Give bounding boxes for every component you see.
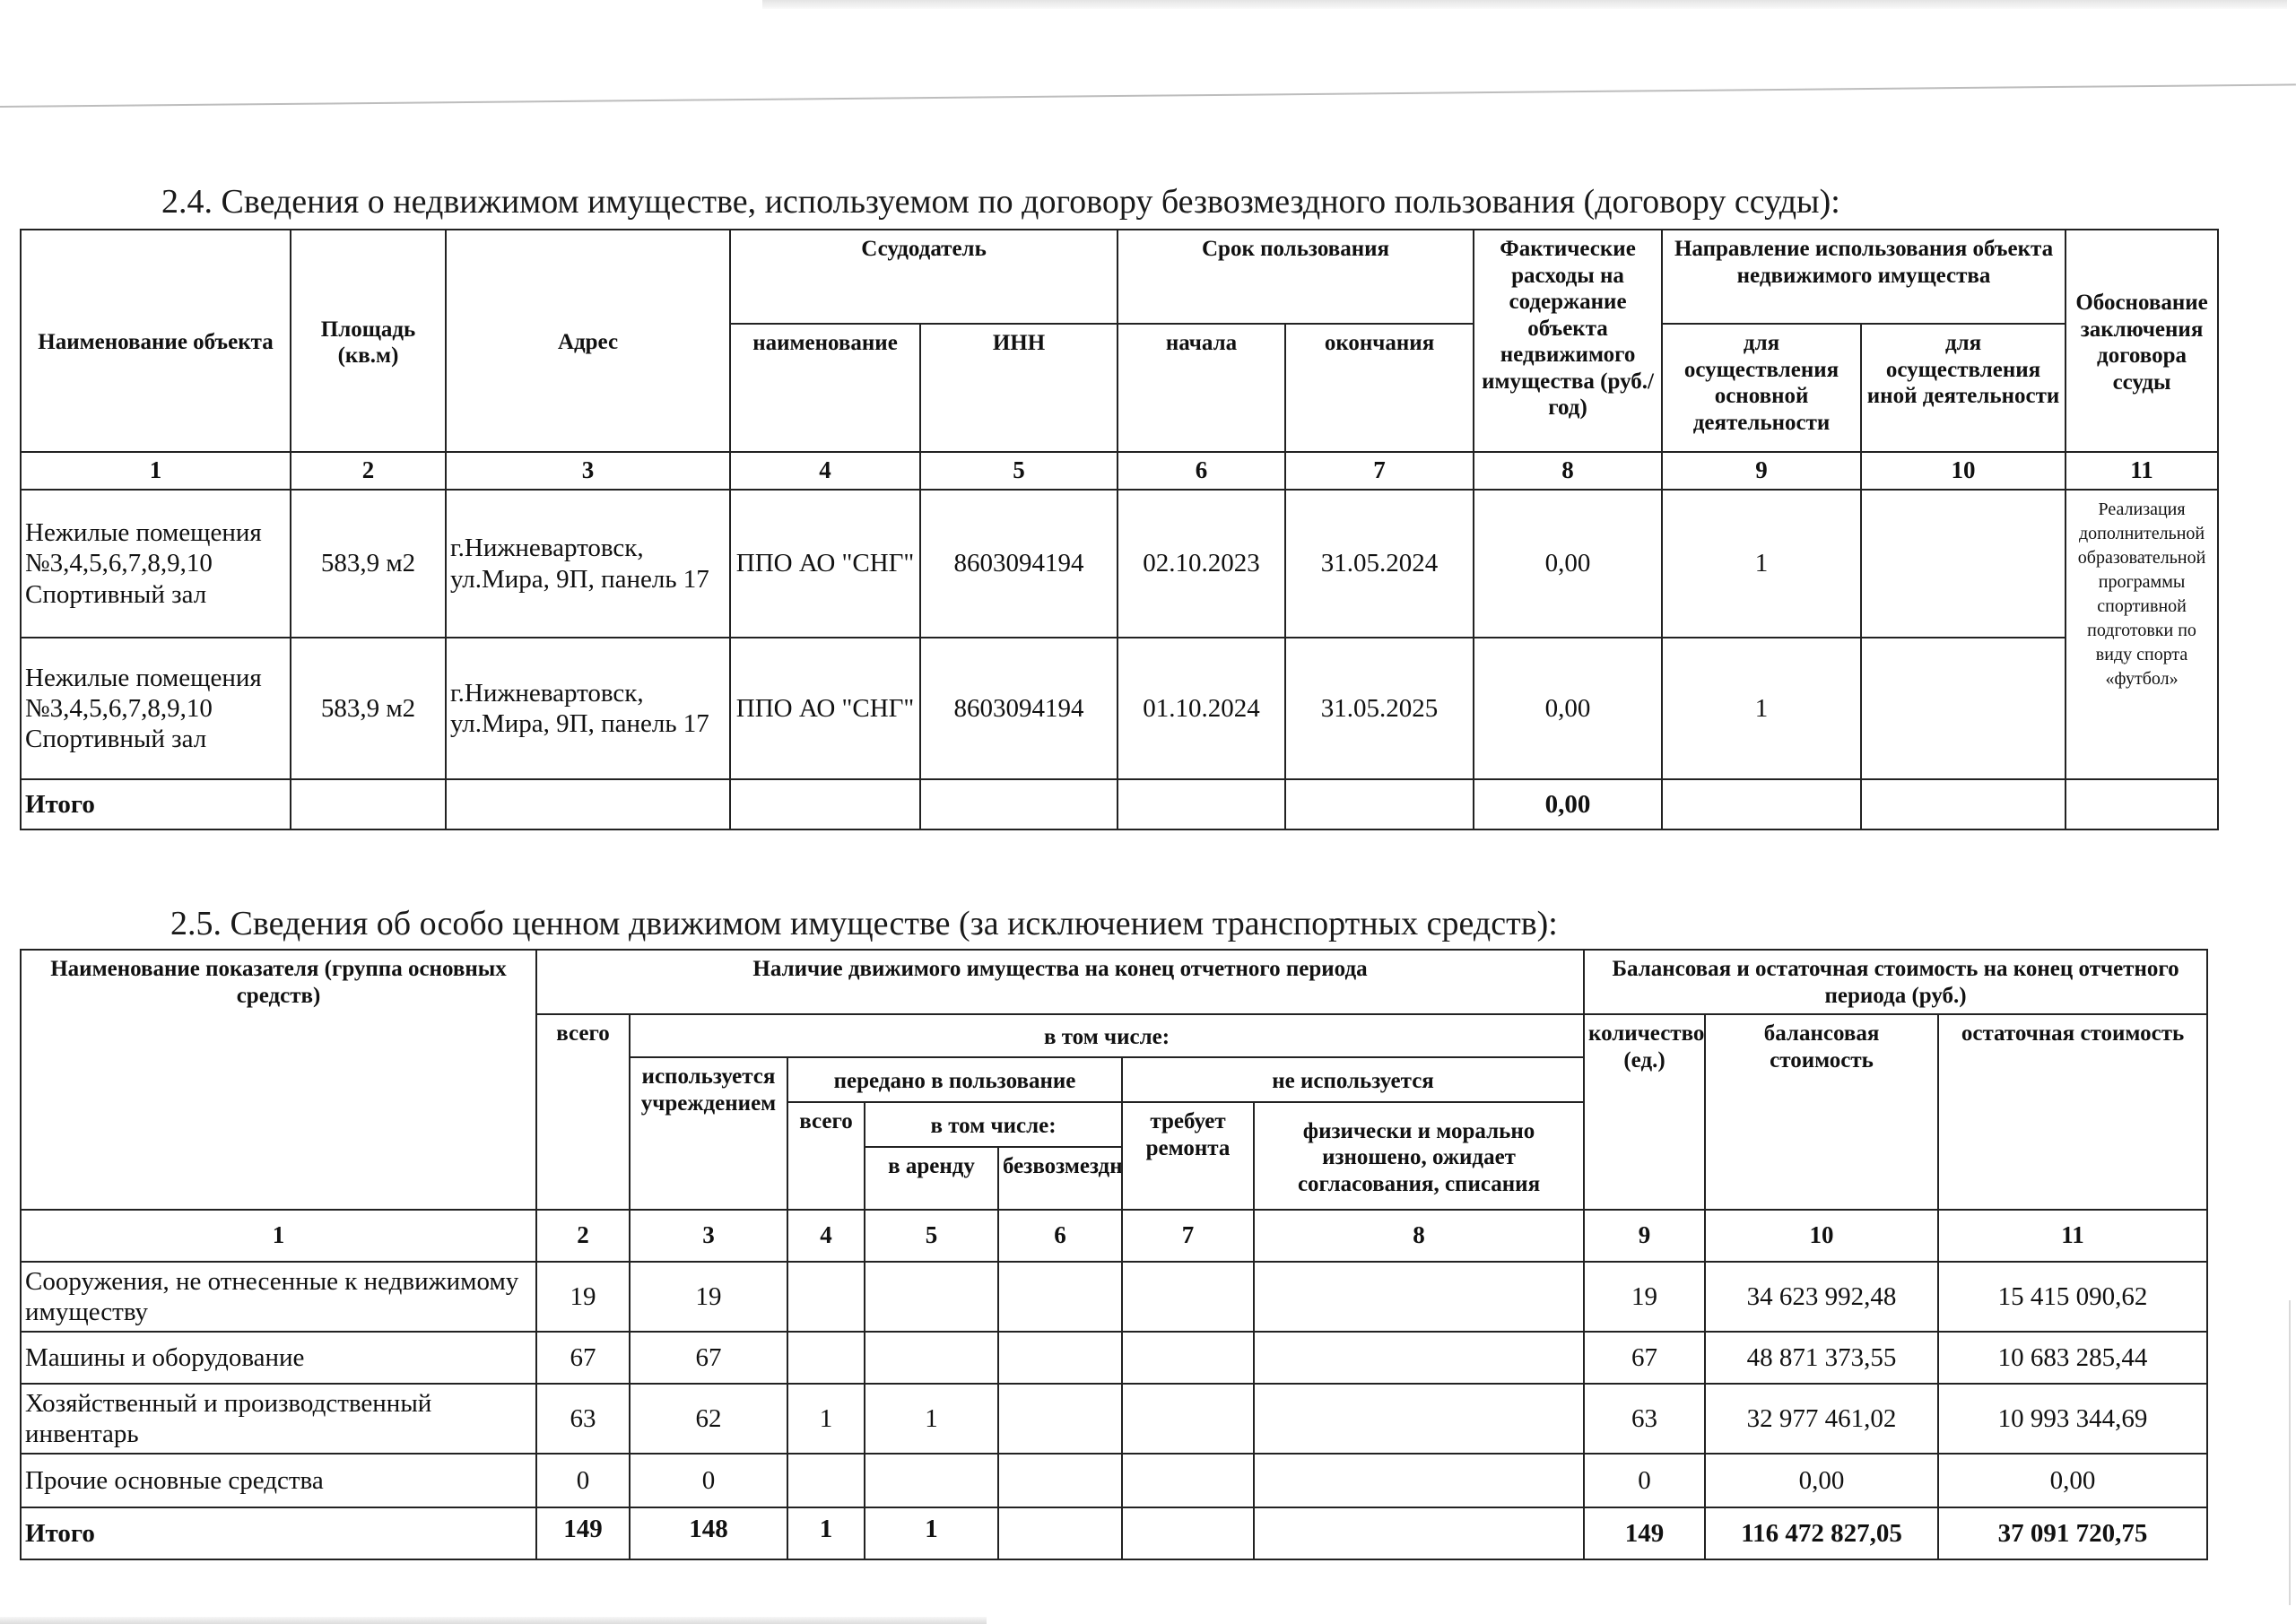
scan-artifact-line <box>0 83 2296 108</box>
table-row: Нежилые помещения №3,4,5,6,7,8,9,10 Спор… <box>21 638 2218 779</box>
header-availability: Наличие движимого имущества на конец отч… <box>536 950 1584 1014</box>
header-transferred-including: в том числе: <box>865 1102 1122 1147</box>
quantity: 149 <box>1584 1507 1705 1559</box>
book-value: 48 871 373,55 <box>1705 1332 1938 1384</box>
header-justification: Обоснование заключения договора ссуды <box>2066 230 2218 452</box>
total-label: Итого <box>21 779 291 829</box>
column-number: 6 <box>998 1210 1122 1262</box>
residual-value: 37 091 720,75 <box>1938 1507 2207 1559</box>
used-count: 19 <box>630 1262 787 1332</box>
free-count <box>998 1262 1122 1332</box>
repair-count <box>1122 1454 1254 1507</box>
gratuitous-use-property-table: Наименование объекта Площадь (кв.м) Адре… <box>20 229 2219 830</box>
column-number-row: 1 2 3 4 5 6 7 8 9 10 11 <box>21 452 2218 490</box>
header-used-by-institution: используется учреждением <box>630 1057 787 1210</box>
quantity: 19 <box>1584 1262 1705 1332</box>
column-number: 8 <box>1254 1210 1584 1262</box>
column-number: 1 <box>21 452 291 490</box>
column-number: 3 <box>630 1210 787 1262</box>
total-count: 67 <box>536 1332 630 1384</box>
header-for-rent: в аренду <box>865 1147 998 1210</box>
column-number: 7 <box>1285 452 1474 490</box>
table-row: Машины и оборудование 67 67 67 48 871 37… <box>21 1332 2207 1384</box>
term-end: 31.05.2025 <box>1285 638 1474 779</box>
book-value: 0,00 <box>1705 1454 1938 1507</box>
column-number: 9 <box>1662 452 1861 490</box>
header-lender: Ссудодатель <box>730 230 1118 324</box>
header-including: в том числе: <box>630 1014 1584 1057</box>
object-name: Нежилые помещения №3,4,5,6,7,8,9,10 Спор… <box>21 638 291 779</box>
free-count <box>998 1507 1122 1559</box>
for-rent-count <box>865 1262 998 1332</box>
repair-count <box>1122 1332 1254 1384</box>
table-row: Сооружения, не отнесенные к недвижимому … <box>21 1262 2207 1332</box>
column-number: 5 <box>865 1210 998 1262</box>
transferred-count <box>787 1262 865 1332</box>
usage-main: 1 <box>1662 490 1861 638</box>
repair-count <box>1122 1507 1254 1559</box>
header-lender-name: наименование <box>730 324 920 452</box>
total-count: 149 <box>536 1507 630 1559</box>
group-name: Сооружения, не отнесенные к недвижимому … <box>21 1262 536 1332</box>
total-count: 0 <box>536 1454 630 1507</box>
used-count: 67 <box>630 1332 787 1384</box>
quantity: 67 <box>1584 1332 1705 1384</box>
column-number: 10 <box>1861 452 2066 490</box>
address: г.Нижневартовск, ул.Мира, 9П, панель 17 <box>446 490 730 638</box>
table-row: Прочие основные средства 0 0 0 0,00 0,00 <box>21 1454 2207 1507</box>
book-value: 32 977 461,02 <box>1705 1384 1938 1454</box>
column-number: 1 <box>21 1210 536 1262</box>
term-start: 02.10.2023 <box>1118 490 1285 638</box>
total-count: 19 <box>536 1262 630 1332</box>
column-number: 9 <box>1584 1210 1705 1262</box>
transferred-count: 1 <box>787 1384 865 1454</box>
column-number: 5 <box>920 452 1118 490</box>
scan-edge-right <box>2289 1300 2291 1605</box>
used-count: 62 <box>630 1384 787 1454</box>
free-count <box>998 1384 1122 1454</box>
total-count: 63 <box>536 1384 630 1454</box>
lender-inn: 8603094194 <box>920 638 1118 779</box>
column-number: 6 <box>1118 452 1285 490</box>
book-value: 116 472 827,05 <box>1705 1507 1938 1559</box>
total-row: Итого 0,00 <box>21 779 2218 829</box>
header-needs-repair: требует ремонта <box>1122 1102 1254 1210</box>
residual-value: 10 993 344,69 <box>1938 1384 2207 1454</box>
lender-name: ППО АО "СНГ" <box>730 638 920 779</box>
for-rent-count <box>865 1332 998 1384</box>
quantity: 63 <box>1584 1384 1705 1454</box>
column-number: 4 <box>730 452 920 490</box>
column-number: 3 <box>446 452 730 490</box>
book-value: 34 623 992,48 <box>1705 1262 1938 1332</box>
residual-value: 0,00 <box>1938 1454 2207 1507</box>
header-actual-costs: Фактические расходы на содержание объект… <box>1474 230 1662 452</box>
header-term-end: окончания <box>1285 324 1474 452</box>
quantity: 0 <box>1584 1454 1705 1507</box>
for-rent-count: 1 <box>865 1507 998 1559</box>
group-name: Хозяйственный и производственный инвента… <box>21 1384 536 1454</box>
address: г.Нижневартовск, ул.Мира, 9П, панель 17 <box>446 638 730 779</box>
especially-valuable-movable-property-table: Наименование показателя (группа основных… <box>20 949 2208 1560</box>
worn-out-count <box>1254 1507 1584 1559</box>
column-number: 11 <box>1938 1210 2207 1262</box>
column-number: 8 <box>1474 452 1662 490</box>
worn-out-count <box>1254 1262 1584 1332</box>
term-end: 31.05.2024 <box>1285 490 1474 638</box>
header-area: Площадь (кв.м) <box>291 230 446 452</box>
object-name: Нежилые помещения №3,4,5,6,7,8,9,10 Спор… <box>21 490 291 638</box>
column-number: 7 <box>1122 1210 1254 1262</box>
section-2-5-title: 2.5. Сведения об особо ценном движимом и… <box>170 904 1558 943</box>
section-2-4-title: 2.4. Сведения о недвижимом имуществе, ис… <box>161 182 1840 221</box>
total-row: Итого 149 148 1 1 149 116 472 827,05 37 … <box>21 1507 2207 1559</box>
scan-edge-bottom <box>0 1617 987 1624</box>
header-usage-main: для осуществления основной деятельности <box>1662 324 1861 452</box>
total-actual-costs: 0,00 <box>1474 779 1662 829</box>
header-total: всего <box>536 1014 630 1210</box>
residual-value: 15 415 090,62 <box>1938 1262 2207 1332</box>
actual-costs: 0,00 <box>1474 638 1662 779</box>
used-count: 0 <box>630 1454 787 1507</box>
for-rent-count: 1 <box>865 1384 998 1454</box>
header-address: Адрес <box>446 230 730 452</box>
justification: Реализация дополнительной образовательно… <box>2066 490 2218 779</box>
header-usage-direction: Направление использования объекта недвиж… <box>1662 230 2066 324</box>
for-rent-count <box>865 1454 998 1507</box>
column-number-row: 1 2 3 4 5 6 7 8 9 10 11 <box>21 1210 2207 1262</box>
scan-edge-top <box>762 0 2287 9</box>
lender-inn: 8603094194 <box>920 490 1118 638</box>
header-worn-out: физически и морально изношено, ожидает с… <box>1254 1102 1584 1210</box>
area: 583,9 м2 <box>291 490 446 638</box>
group-name: Машины и оборудование <box>21 1332 536 1384</box>
usage-other <box>1861 638 2066 779</box>
worn-out-count <box>1254 1454 1584 1507</box>
header-lender-inn: ИНН <box>920 324 1118 452</box>
usage-main: 1 <box>1662 638 1861 779</box>
worn-out-count <box>1254 1332 1584 1384</box>
header-residual-value: остаточная стоимость <box>1938 1014 2207 1210</box>
used-count: 148 <box>630 1507 787 1559</box>
free-count <box>998 1332 1122 1384</box>
column-number: 11 <box>2066 452 2218 490</box>
table-row: Нежилые помещения №3,4,5,6,7,8,9,10 Спор… <box>21 490 2218 638</box>
column-number: 10 <box>1705 1210 1938 1262</box>
header-not-used: не используется <box>1122 1057 1584 1102</box>
header-book-value: балансовая стоимость <box>1705 1014 1938 1210</box>
transferred-count <box>787 1454 865 1507</box>
header-indicator-name: Наименование показателя (группа основных… <box>21 950 536 1210</box>
lender-name: ППО АО "СНГ" <box>730 490 920 638</box>
column-number: 2 <box>536 1210 630 1262</box>
header-transferred-total: всего <box>787 1102 865 1210</box>
header-free-of-charge: безвозмездно <box>998 1147 1122 1210</box>
header-transferred: передано в пользование <box>787 1057 1122 1102</box>
header-usage-other: для осуществления иной деятельности <box>1861 324 2066 452</box>
column-number: 2 <box>291 452 446 490</box>
table-row: Хозяйственный и производственный инвента… <box>21 1384 2207 1454</box>
header-value: Балансовая и остаточная стоимость на кон… <box>1584 950 2207 1014</box>
transferred-count <box>787 1332 865 1384</box>
area: 583,9 м2 <box>291 638 446 779</box>
total-label: Итого <box>21 1507 536 1559</box>
transferred-count: 1 <box>787 1507 865 1559</box>
term-start: 01.10.2024 <box>1118 638 1285 779</box>
free-count <box>998 1454 1122 1507</box>
header-term: Срок пользования <box>1118 230 1474 324</box>
column-number: 4 <box>787 1210 865 1262</box>
worn-out-count <box>1254 1384 1584 1454</box>
repair-count <box>1122 1262 1254 1332</box>
repair-count <box>1122 1384 1254 1454</box>
header-object-name: Наименование объекта <box>21 230 291 452</box>
residual-value: 10 683 285,44 <box>1938 1332 2207 1384</box>
group-name: Прочие основные средства <box>21 1454 536 1507</box>
usage-other <box>1861 490 2066 638</box>
header-quantity: количество (ед.) <box>1584 1014 1705 1210</box>
header-term-start: начала <box>1118 324 1285 452</box>
actual-costs: 0,00 <box>1474 490 1662 638</box>
